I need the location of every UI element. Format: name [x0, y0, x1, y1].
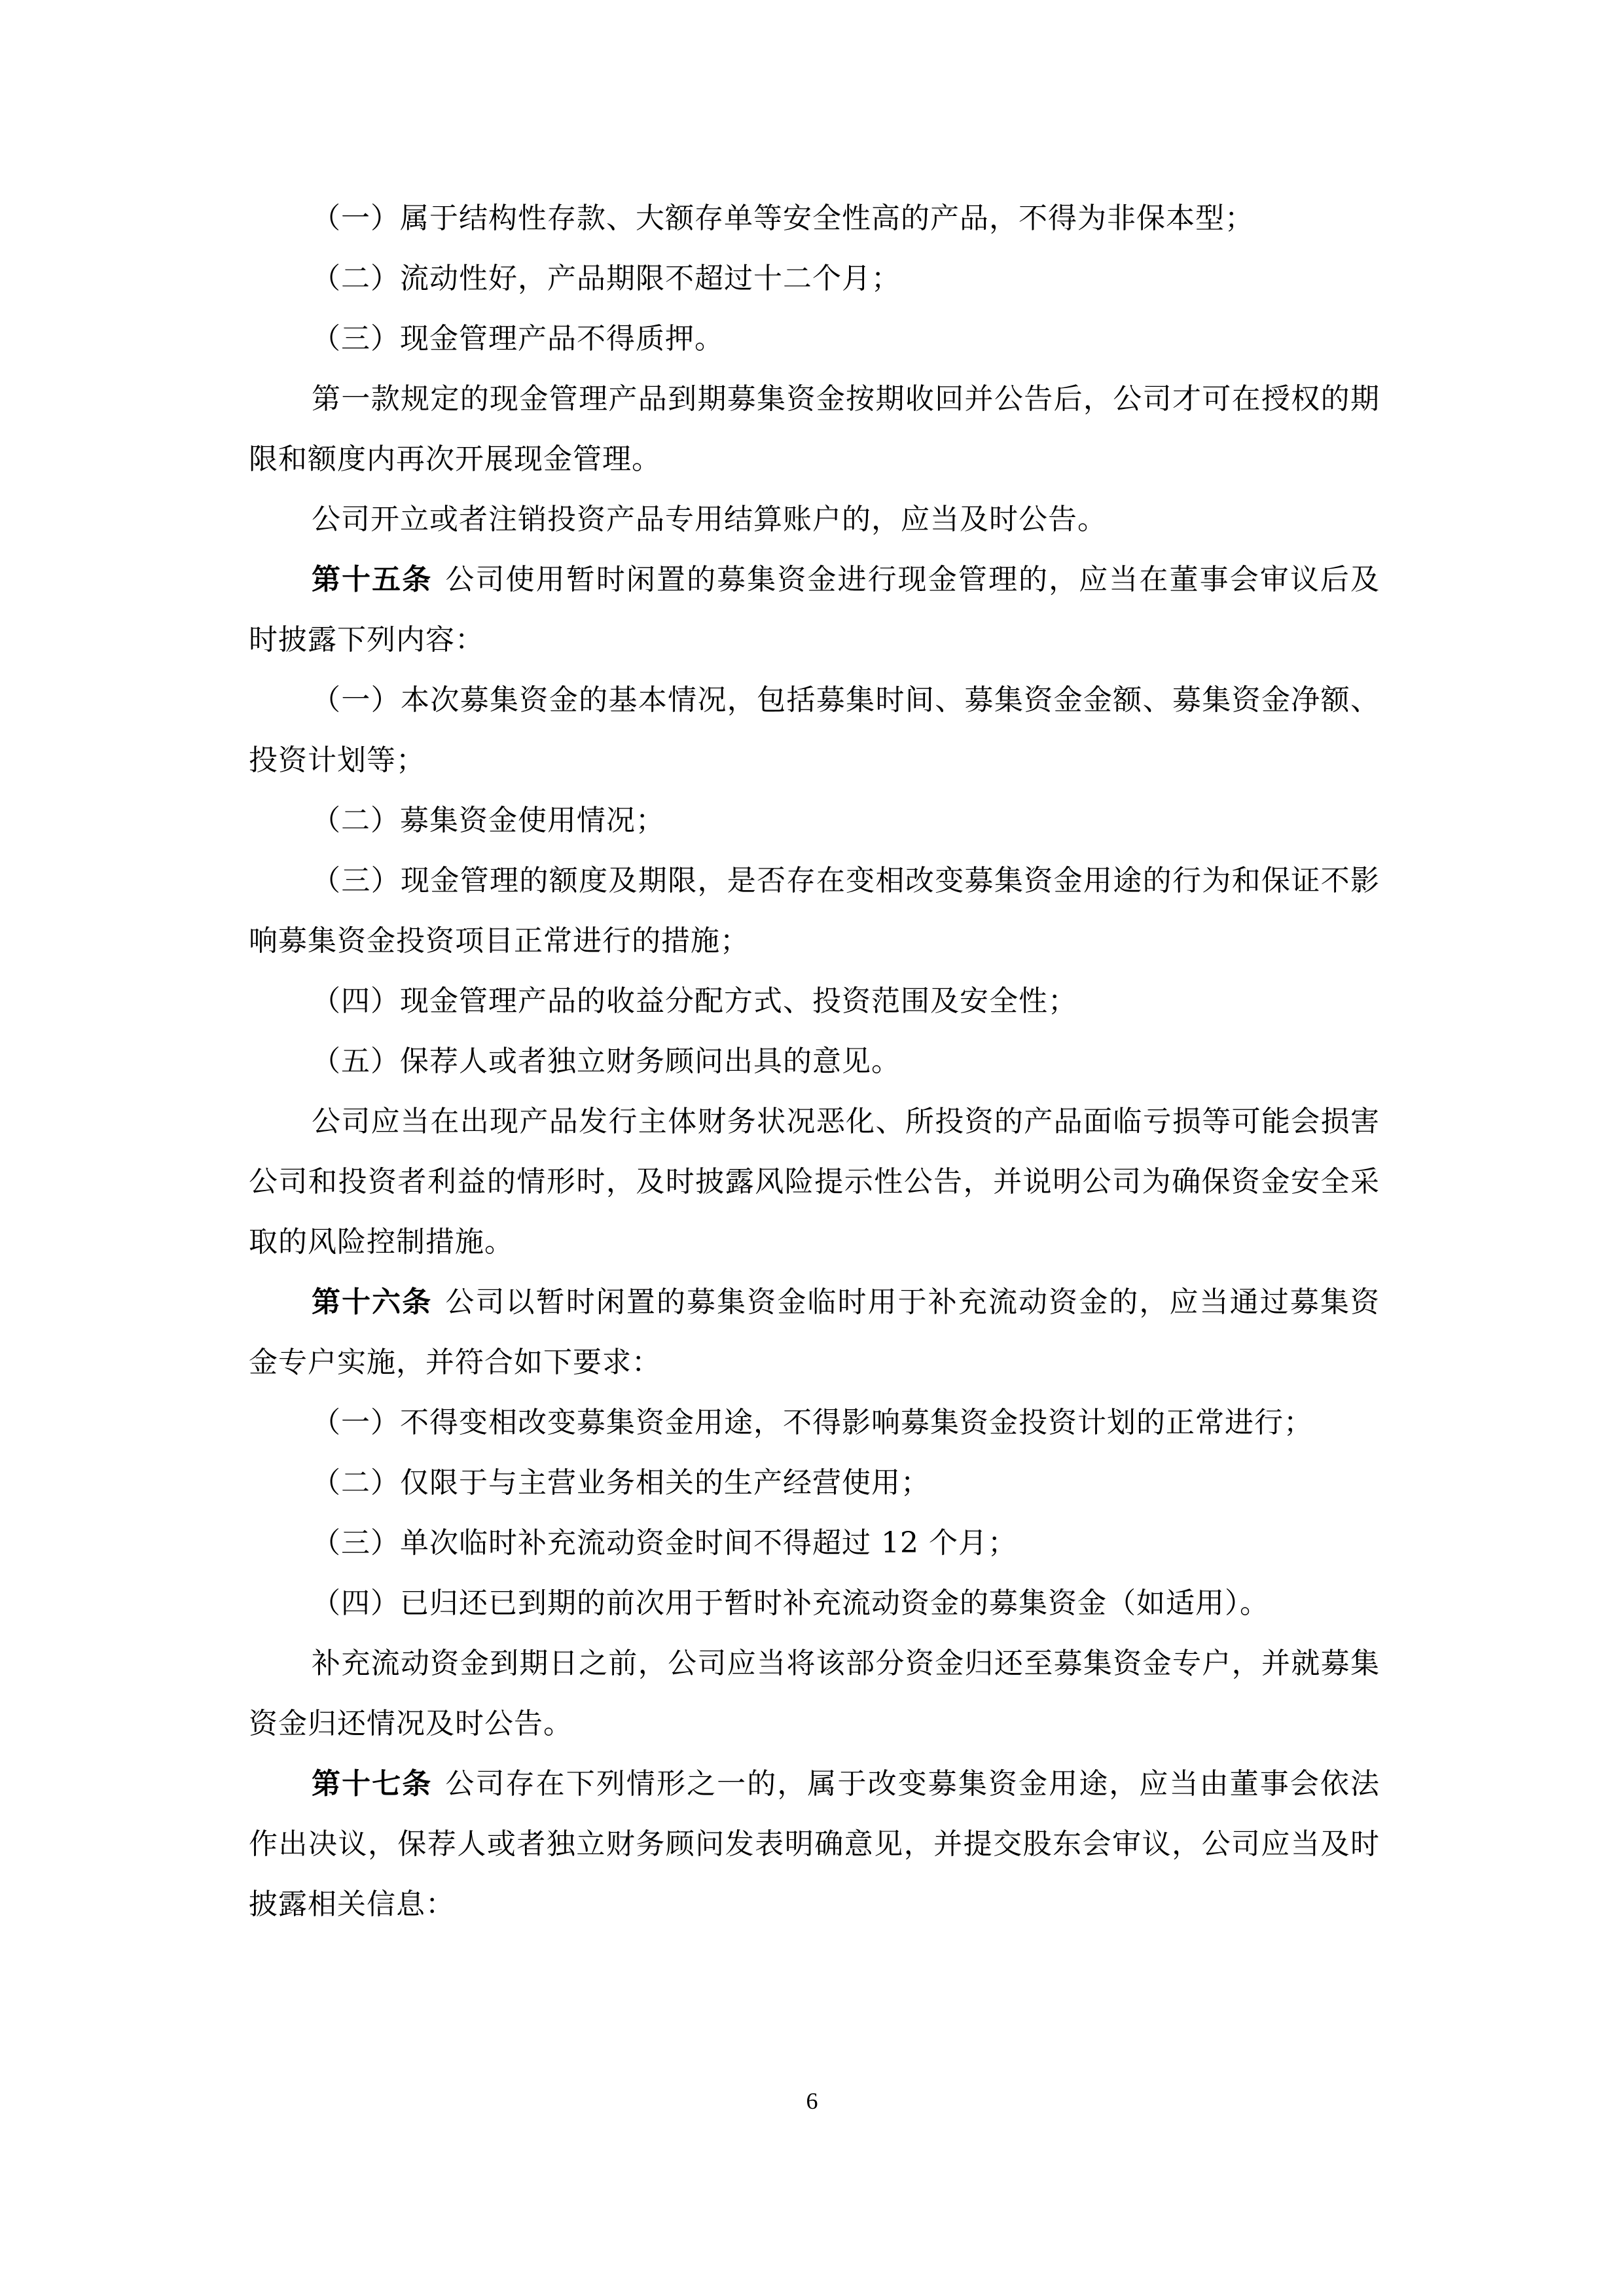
article-15: 第十五条公司使用暂时闲置的募集资金进行现金管理的，应当在董事会审议后及时披露下列… [249, 550, 1380, 670]
paragraph-account-announcement: 公司开立或者注销投资产品专用结算账户的，应当及时公告。 [249, 490, 1380, 550]
page-number: 6 [0, 2088, 1624, 2114]
article-16: 第十六条公司以暂时闲置的募集资金临时用于补充流动资金的，应当通过募集资金专户实施… [249, 1272, 1380, 1393]
list-item-sponsor-opinion: （五）保荐人或者独立财务顾问出具的意见。 [249, 1031, 1380, 1092]
article-17: 第十七条公司存在下列情形之一的，属于改变募集资金用途，应当由董事会依法作出决议，… [249, 1754, 1380, 1935]
article-15-label: 第十五条 [312, 563, 432, 596]
article-16-label: 第十六条 [312, 1285, 432, 1319]
list-item-no-pledge: （三）现金管理产品不得质押。 [249, 309, 1380, 369]
list-item-main-business: （二）仅限于与主营业务相关的生产经营使用； [249, 1453, 1380, 1513]
list-item-basic-info: （一）本次募集资金的基本情况，包括募集时间、募集资金金额、募集资金净额、投资计划… [249, 670, 1380, 791]
list-item-limit-term: （三）现金管理的额度及期限，是否存在变相改变募集资金用途的行为和保证不影响募集资… [249, 851, 1380, 971]
list-item-usage-status: （二）募集资金使用情况； [249, 791, 1380, 851]
list-item-previous-returned: （四）已归还已到期的前次用于暂时补充流动资金的募集资金（如适用）。 [249, 1573, 1380, 1634]
document-body: （一）属于结构性存款、大额存单等安全性高的产品，不得为非保本型； （二）流动性好… [249, 188, 1380, 1935]
list-item-no-purpose-change: （一）不得变相改变募集资金用途，不得影响募集资金投资计划的正常进行； [249, 1393, 1380, 1453]
paragraph-reauthorization: 第一款规定的现金管理产品到期募集资金按期收回并公告后，公司才可在授权的期限和额度… [249, 369, 1380, 490]
paragraph-risk-disclosure: 公司应当在出现产品发行主体财务状况恶化、所投资的产品面临亏损等可能会损害公司和投… [249, 1092, 1380, 1272]
article-17-label: 第十七条 [312, 1767, 432, 1801]
paragraph-return-before-due: 补充流动资金到期日之前，公司应当将该部分资金归还至募集资金专户，并就募集资金归还… [249, 1634, 1380, 1754]
list-item-revenue-distribution: （四）现金管理产品的收益分配方式、投资范围及安全性； [249, 971, 1380, 1031]
list-item-structured-deposit: （一）属于结构性存款、大额存单等安全性高的产品，不得为非保本型； [249, 188, 1380, 249]
list-item-liquidity: （二）流动性好，产品期限不超过十二个月； [249, 249, 1380, 309]
list-item-twelve-months: （三）单次临时补充流动资金时间不得超过 12 个月； [249, 1513, 1380, 1573]
